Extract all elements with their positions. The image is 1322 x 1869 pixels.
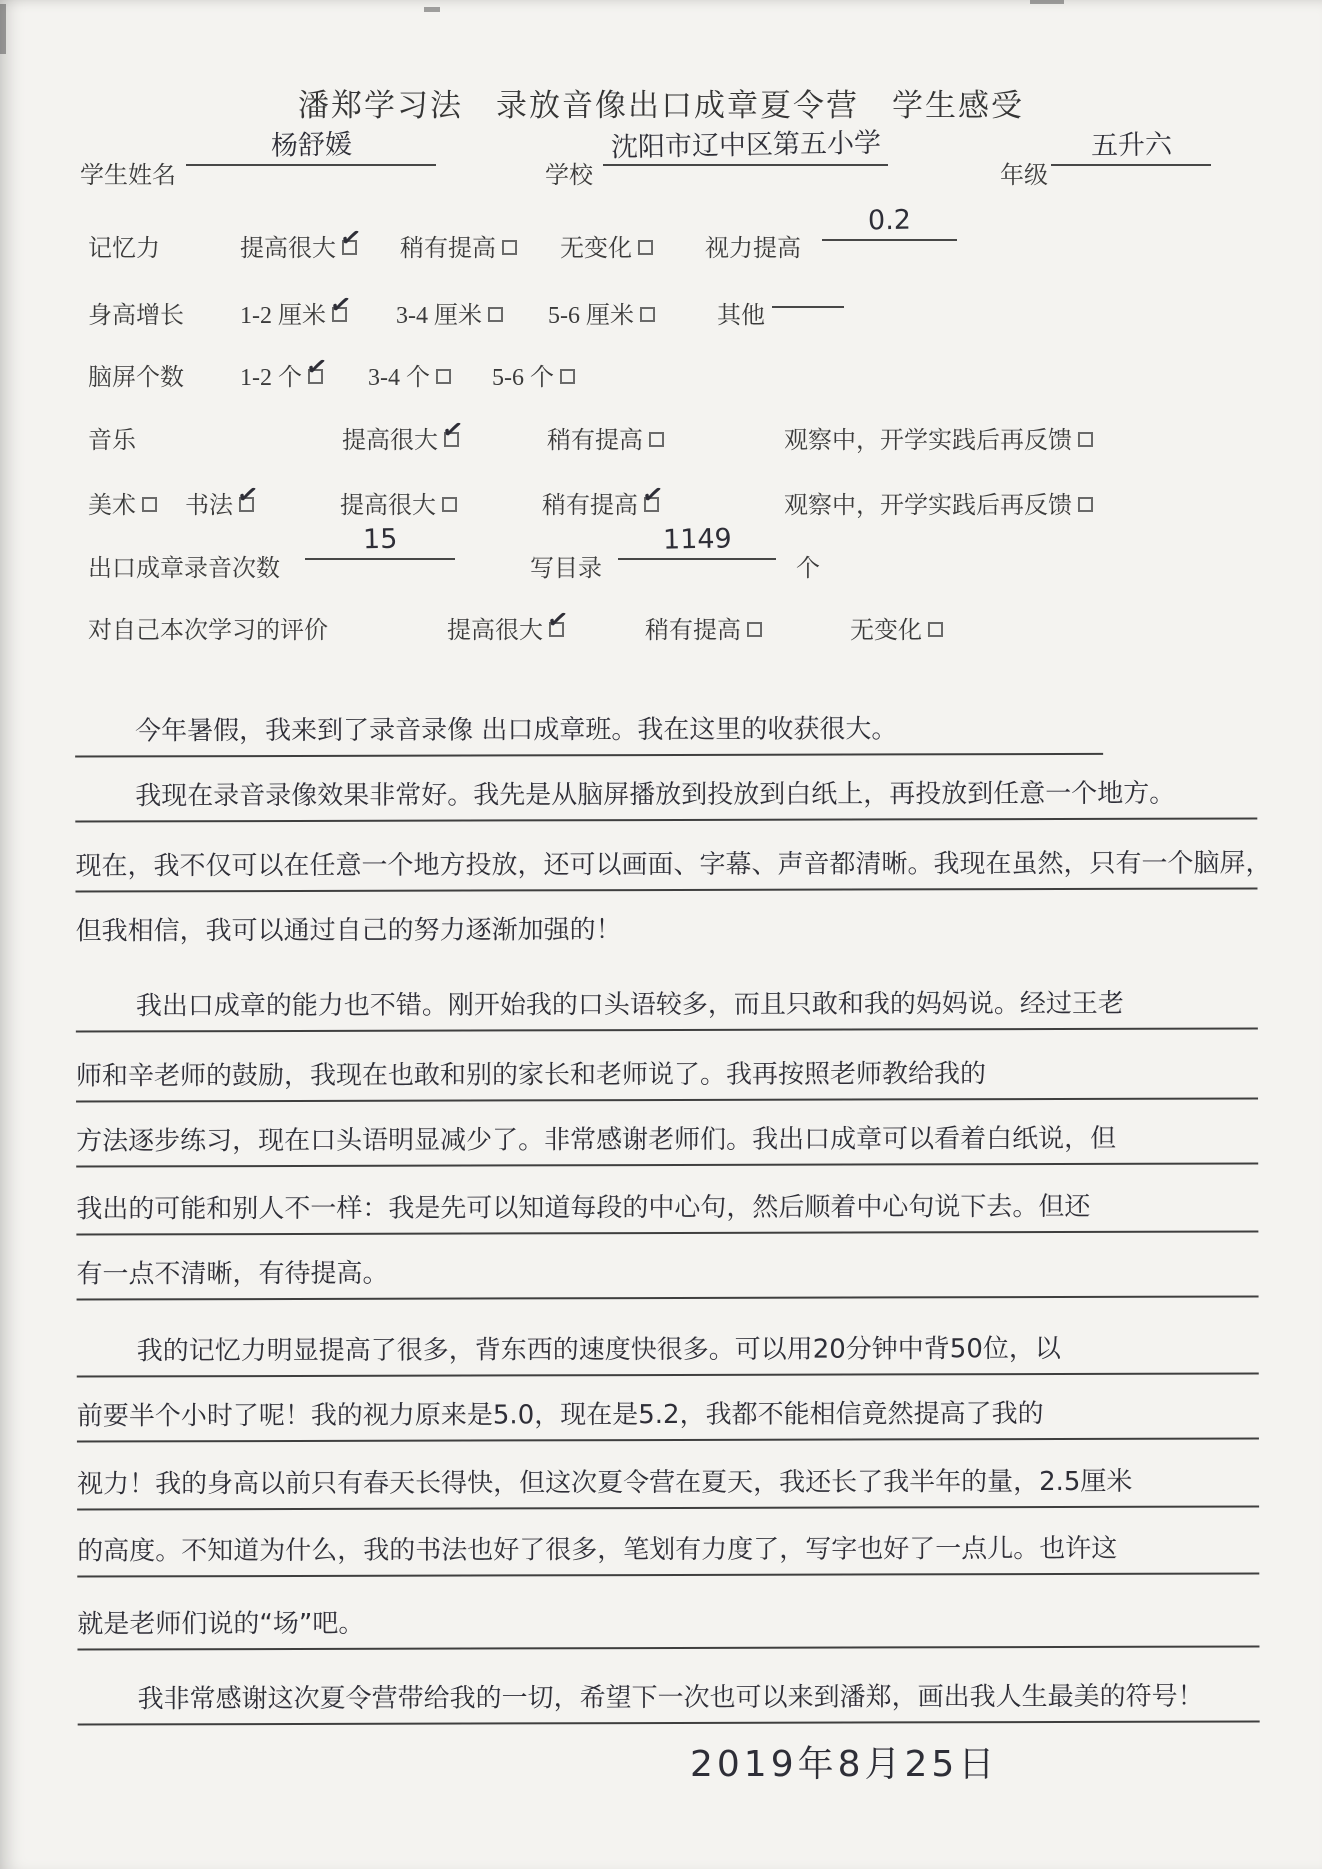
art-option: 美术 xyxy=(88,485,157,520)
music-option-observe: 观察中，开学实践后再反馈 xyxy=(784,420,1093,455)
recording-count-field: 15 xyxy=(305,522,455,560)
scan-artifact xyxy=(0,4,6,54)
check-icon: ✓ xyxy=(440,416,465,444)
memory-option-slight: 稍有提高 xyxy=(400,228,517,263)
height-3-4-checkbox xyxy=(488,307,503,322)
memory-big-checkbox: ✓ xyxy=(342,240,357,255)
student-name-label: 学生姓名 xyxy=(80,155,176,190)
height-option-5-6: 5-6 厘米 xyxy=(548,295,655,330)
essay-line: 师和辛老师的鼓励，我现在也敢和别的家长和老师说了。我再按照老师教给我的 xyxy=(76,1053,1258,1102)
screens-1-2-checkbox: ✓ xyxy=(308,369,323,384)
art-option-slight: 稍有提高✓ xyxy=(542,485,659,520)
memory-option-big: 提高很大✓ xyxy=(240,228,357,263)
essay-line: 我出的可能和别人不一样：我是先可以知道每段的中心句，然后顺着中心句说下去。但还 xyxy=(76,1186,1258,1235)
screens-option-5-6: 5-6 个 xyxy=(492,357,575,392)
essay-line: 现在，我不仅可以在任意一个地方投放，还可以画面、字幕、声音都清晰。我现在虽然，只… xyxy=(75,843,1257,892)
essay-line: 就是老师们说的“场”吧。 xyxy=(77,1601,1259,1650)
scan-artifact xyxy=(1030,0,1064,4)
catalog-label: 写目录 xyxy=(530,548,602,583)
school-field: 沈阳市辽中区第五小学 xyxy=(603,128,888,166)
essay: 今年暑假，我来到了录音录像 出口成章班。我在这里的收获很大。 我现在录音录像效果… xyxy=(75,700,1257,703)
essay-line: 视力！我的身高以前只有春天长得快，但这次夏令营在夏天，我还长了我半年的量，2.5… xyxy=(77,1461,1259,1510)
student-name-field: 杨舒媛 xyxy=(186,128,436,166)
evaluation-option-slight: 稍有提高 xyxy=(645,610,762,645)
art-observe-checkbox xyxy=(1078,497,1093,512)
catalog-field: 1149 xyxy=(618,522,776,560)
page-title: 潘郑学习法 录放音像出口成章夏令营 学生感受 xyxy=(0,80,1322,125)
height-other-field xyxy=(772,270,844,308)
school-value: 沈阳市辽中区第五小学 xyxy=(610,127,881,166)
evaluation-option-none: 无变化 xyxy=(850,610,943,645)
evaluation-option-big: 提高很大✓ xyxy=(447,610,564,645)
art-big-checkbox xyxy=(442,497,457,512)
calligraphy-option: 书法✓ xyxy=(185,485,254,520)
vision-label: 视力提高 xyxy=(705,228,801,263)
essay-line: 我非常感谢这次夏令营带给我的一切，希望下一次也可以来到潘郑，画出我人生最美的符号… xyxy=(78,1676,1260,1725)
essay-line: 我出口成章的能力也不错。刚开始我的口头语较多，而且只敢和我的妈妈说。经过王老 xyxy=(76,983,1258,1032)
screens-5-6-checkbox xyxy=(560,369,575,384)
check-icon: ✓ xyxy=(338,224,363,252)
height-1-2-checkbox: ✓ xyxy=(332,307,347,322)
check-icon: ✓ xyxy=(304,353,329,381)
music-label: 音乐 xyxy=(88,420,136,455)
evaluation-slight-checkbox xyxy=(747,622,762,637)
essay-line: 有一点不清晰，有待提高。 xyxy=(76,1251,1258,1300)
evaluation-big-checkbox: ✓ xyxy=(549,622,564,637)
screens-option-3-4: 3-4 个 xyxy=(368,357,451,392)
student-name-value: 杨舒媛 xyxy=(270,128,352,163)
music-option-big: 提高很大✓ xyxy=(342,420,459,455)
scan-artifact xyxy=(424,7,440,12)
music-big-checkbox: ✓ xyxy=(444,432,459,447)
grade-value: 五升六 xyxy=(1090,128,1172,163)
music-option-slight: 稍有提高 xyxy=(547,420,664,455)
essay-line: 前要半个小时了呢！我的视力原来是5.0，现在是5.2，我都不能相信竟然提高了我的 xyxy=(77,1393,1259,1442)
art-option-observe: 观察中，开学实践后再反馈 xyxy=(784,485,1093,520)
essay-line: 但我相信，我可以通过自己的努力逐渐加强的！ xyxy=(76,908,1258,955)
grade-field: 五升六 xyxy=(1051,128,1211,166)
evaluation-none-checkbox xyxy=(928,622,943,637)
screens-option-1-2: 1-2 个✓ xyxy=(240,357,323,392)
check-icon: ✓ xyxy=(640,481,665,509)
check-icon: ✓ xyxy=(235,481,260,509)
art-option-big: 提高很大 xyxy=(340,485,457,520)
check-icon: ✓ xyxy=(545,606,570,634)
essay-line: 今年暑假，我来到了录音录像 出口成章班。我在这里的收获很大。 xyxy=(75,709,1103,758)
screens-label: 脑屏个数 xyxy=(88,357,184,392)
art-slight-checkbox: ✓ xyxy=(644,497,659,512)
essay-line: 我的记忆力明显提高了很多，背东西的速度快很多。可以用20分钟中背50位，以 xyxy=(77,1328,1259,1377)
vision-field: 0.2 xyxy=(822,203,957,241)
art-checkbox xyxy=(142,497,157,512)
evaluation-label: 对自己本次学习的评价 xyxy=(88,610,328,645)
height-label: 身高增长 xyxy=(88,295,184,330)
calligraphy-checkbox: ✓ xyxy=(239,497,254,512)
check-icon: ✓ xyxy=(328,291,353,319)
catalog-value: 1149 xyxy=(662,522,731,557)
height-option-1-2: 1-2 厘米✓ xyxy=(240,295,347,330)
essay-line: 我现在录音录像效果非常好。我先是从脑屏播放到投放到白纸上，再投放到任意一个地方。 xyxy=(75,773,1257,822)
vision-value: 0.2 xyxy=(868,204,912,239)
scanned-feedback-form: 潘郑学习法 录放音像出口成章夏令营 学生感受 学生姓名 杨舒媛 学校 沈阳市辽中… xyxy=(0,0,1322,1869)
memory-option-none: 无变化 xyxy=(560,228,653,263)
music-slight-checkbox xyxy=(649,432,664,447)
height-other-label: 其他 xyxy=(717,295,765,330)
music-observe-checkbox xyxy=(1078,432,1093,447)
recording-count-value: 15 xyxy=(363,523,398,558)
height-option-3-4: 3-4 厘米 xyxy=(396,295,503,330)
memory-label: 记忆力 xyxy=(88,228,160,263)
school-label: 学校 xyxy=(545,155,593,190)
catalog-unit: 个 xyxy=(796,548,820,583)
memory-slight-checkbox xyxy=(502,240,517,255)
date: 2019年8月25日 xyxy=(690,1736,998,1787)
memory-none-checkbox xyxy=(638,240,653,255)
height-5-6-checkbox xyxy=(640,307,655,322)
recording-count-label: 出口成章录音次数 xyxy=(88,548,280,583)
essay-line: 的高度。不知道为什么，我的书法也好了很多，笔划有力度了，写字也好了一点儿。也许这 xyxy=(77,1528,1259,1577)
essay-line: 方法逐步练习，现在口头语明显减少了。非常感谢老师们。我出口成章可以看着白纸说，但 xyxy=(76,1118,1258,1167)
grade-label: 年级 xyxy=(1000,155,1048,190)
screens-3-4-checkbox xyxy=(436,369,451,384)
